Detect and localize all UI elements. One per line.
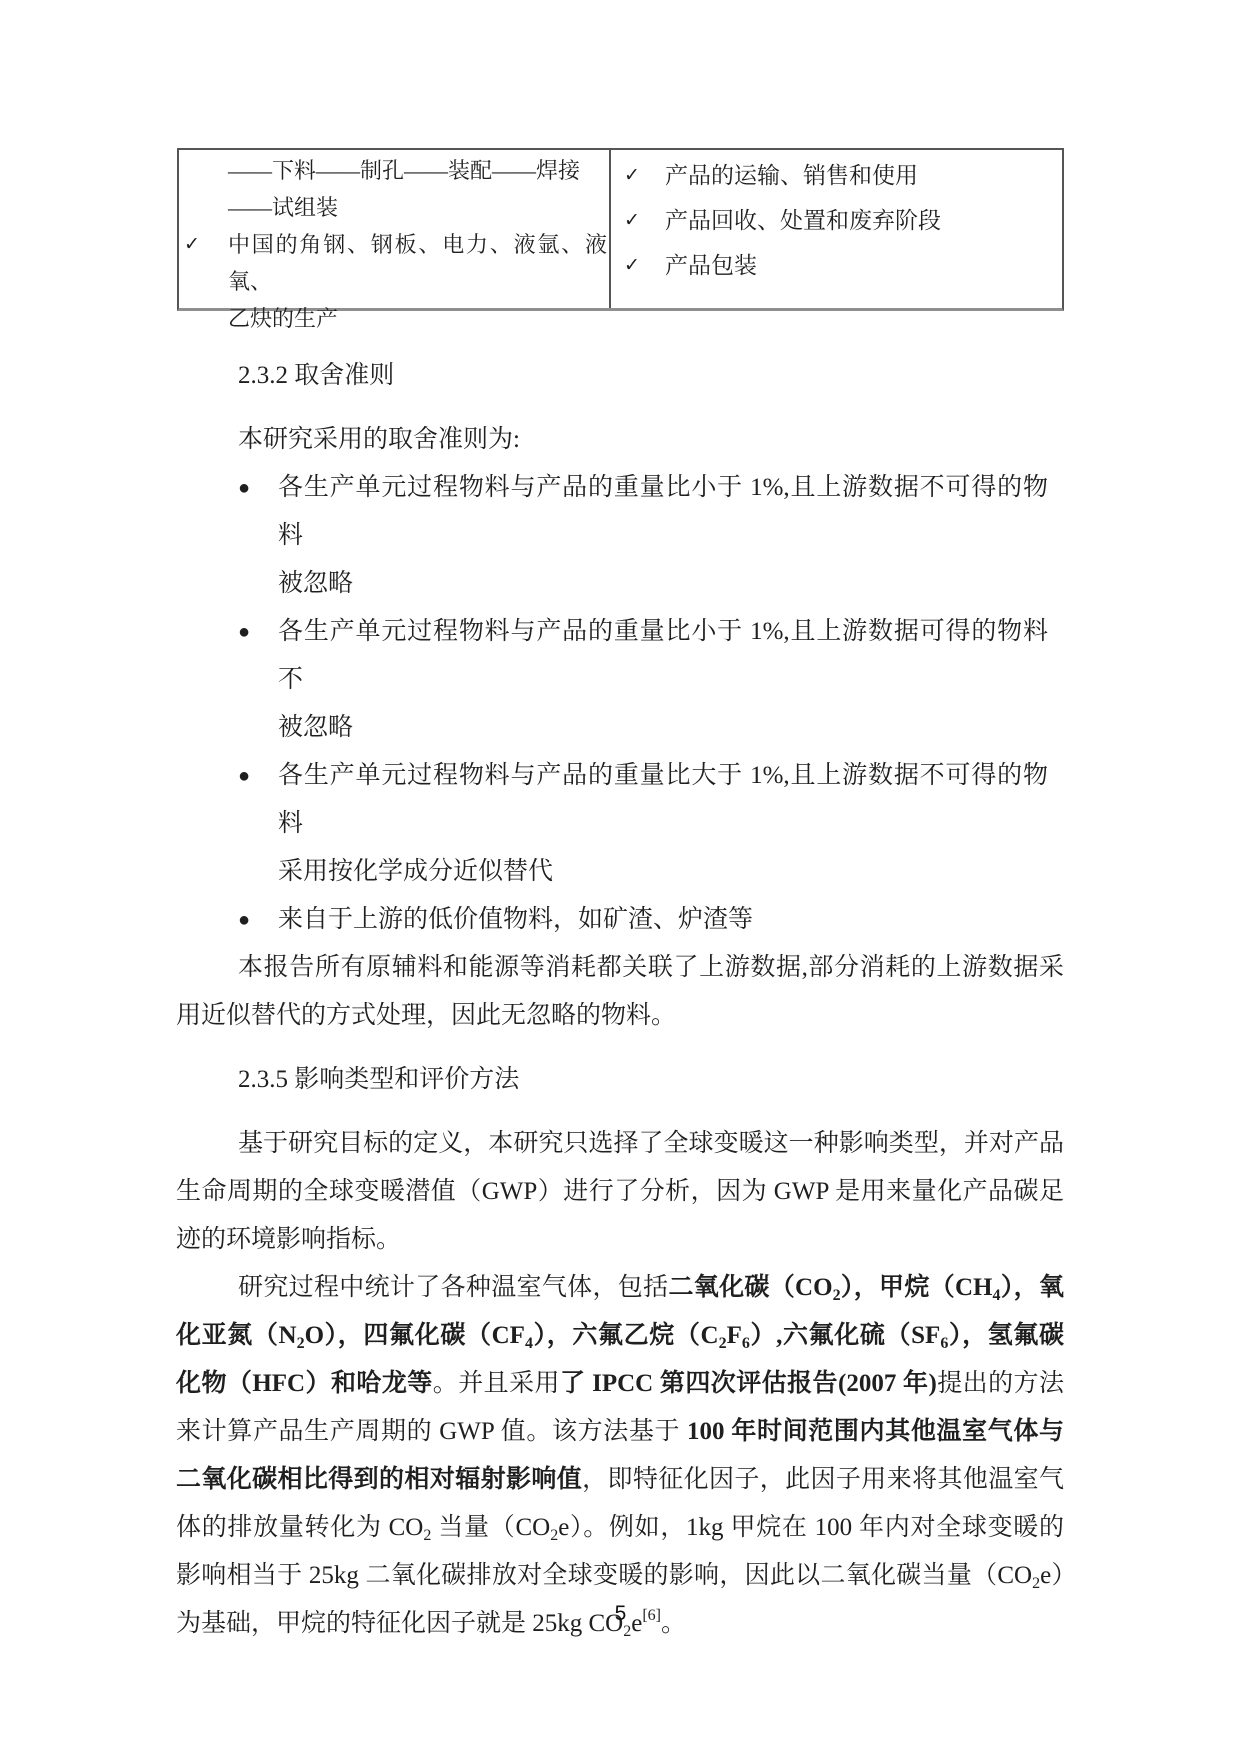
checkmark-icon: ✓: [624, 243, 665, 288]
table-item-text: 中国的角钢、钢板、电力、液氩、液氧、 乙炔的生产: [228, 226, 609, 337]
checkmark-icon: ✓: [624, 198, 665, 243]
checkmark-icon: ✓: [184, 226, 228, 263]
criteria-list: ●各生产单元过程物料与产品的重量比小于 1%,且上游数据不可得的物料 被忽略●各…: [176, 464, 1064, 944]
scope-table-right-cell: ✓产品的运输、销售和使用✓产品回收、处置和废弃阶段✓产品包装: [611, 150, 1062, 308]
table-item: ✓产品回收、处置和废弃阶段: [624, 198, 1062, 243]
table-item: ✓中国的角钢、钢板、电力、液氩、液氧、 乙炔的生产: [184, 226, 609, 337]
table-item-text: 产品的运输、销售和使用: [665, 153, 1062, 198]
criteria-list-item-text: 各生产单元过程物料与产品的重量比大于 1%,且上游数据不可得的物料 采用按化学成…: [278, 752, 1048, 896]
bullet-icon: ●: [238, 608, 278, 752]
ghg-method-paragraph: 研究过程中统计了各种温室气体，包括二氧化碳（CO2），甲烷（CH4），氧化亚氮（…: [176, 1264, 1064, 1648]
document-body: 2.3.2 取舍准则 本研究采用的取舍准则为: ●各生产单元过程物料与产品的重量…: [176, 352, 1064, 1648]
table-item-text: ——下料——制孔——装配——焊接 ——试组装: [228, 152, 609, 226]
table-item: ✓产品包装: [624, 243, 1062, 288]
criteria-list-item: ●来自于上游的低价值物料，如矿渣、炉渣等: [238, 896, 1064, 944]
criteria-list-item: ●各生产单元过程物料与产品的重量比小于 1%,且上游数据不可得的物料 被忽略: [238, 464, 1064, 608]
criteria-closing-paragraph: 本报告所有原辅料和能源等消耗都关联了上游数据,部分消耗的上游数据采用近似替代的方…: [176, 944, 1064, 1040]
section-heading-2-3-2: 2.3.2 取舍准则: [176, 352, 1064, 400]
criteria-list-item-text: 各生产单元过程物料与产品的重量比小于 1%,且上游数据不可得的物料 被忽略: [278, 464, 1048, 608]
criteria-list-item-text: 各生产单元过程物料与产品的重量比小于 1%,且上游数据可得的物料不 被忽略: [278, 608, 1048, 752]
checkmark-icon: ✓: [624, 153, 665, 198]
criteria-intro: 本研究采用的取舍准则为:: [176, 416, 1064, 464]
page-number: 5: [0, 1600, 1241, 1628]
criteria-list-item: ●各生产单元过程物料与产品的重量比小于 1%,且上游数据可得的物料不 被忽略: [238, 608, 1064, 752]
criteria-list-item: ●各生产单元过程物料与产品的重量比大于 1%,且上游数据不可得的物料 采用按化学…: [238, 752, 1064, 896]
table-item: ——下料——制孔——装配——焊接 ——试组装: [184, 152, 609, 226]
table-item-text: 产品包装: [665, 243, 1062, 288]
criteria-list-item-text: 来自于上游的低价值物料，如矿渣、炉渣等: [278, 896, 1048, 944]
bullet-icon: ●: [238, 752, 278, 896]
bullet-icon: ●: [238, 896, 278, 944]
document-page: ——下料——制孔——装配——焊接 ——试组装✓中国的角钢、钢板、电力、液氩、液氧…: [0, 0, 1241, 1755]
impact-goal-paragraph: 基于研究目标的定义，本研究只选择了全球变暖这一种影响类型，并对产品生命周期的全球…: [176, 1120, 1064, 1264]
table-item-text: 产品回收、处置和废弃阶段: [665, 198, 1062, 243]
section-heading-2-3-5: 2.3.5 影响类型和评价方法: [176, 1056, 1064, 1104]
scope-table: ——下料——制孔——装配——焊接 ——试组装✓中国的角钢、钢板、电力、液氩、液氧…: [177, 148, 1064, 311]
bullet-icon: ●: [238, 464, 278, 608]
scope-table-left-cell: ——下料——制孔——装配——焊接 ——试组装✓中国的角钢、钢板、电力、液氩、液氧…: [179, 150, 611, 308]
table-item: ✓产品的运输、销售和使用: [624, 153, 1062, 198]
